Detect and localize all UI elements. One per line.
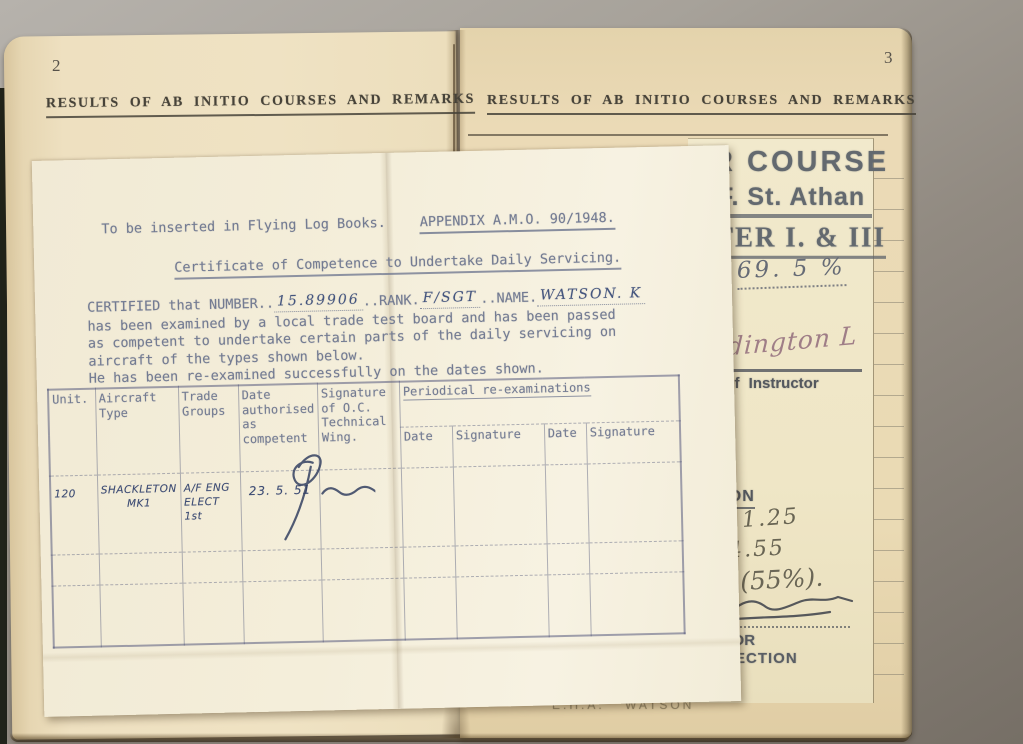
cell-trade-groups: A/F ENG ELECT 1st xyxy=(180,472,242,552)
handwritten-mark-1: 1.25 xyxy=(741,504,800,533)
appendix-reference: APPENDIX A.M.O. 90/1948. xyxy=(420,210,615,234)
cell-empty xyxy=(587,462,683,543)
logbook-scan: 2 RESULTS OF AB INITIO COURSES AND REMAR… xyxy=(0,0,1023,744)
certificate-body: CERTIFIED that NUMBER..15.89906..RANK.F/… xyxy=(87,287,647,388)
certified-label: CERTIFIED that NUMBER.. xyxy=(87,296,274,316)
page-header-left: RESULTS OF AB INITIO COURSES AND REMARKS xyxy=(46,92,475,118)
page-number-right: 3 xyxy=(884,48,893,68)
handwritten-score: 69. 5 % xyxy=(736,254,846,290)
page-number-left: 2 xyxy=(52,56,61,76)
name-label: ..NAME. xyxy=(480,290,537,307)
sub-header-signature-1: Signature xyxy=(452,424,545,467)
col-header-trade-groups: Trade Groups xyxy=(178,385,240,473)
course-stamp-line1: R COURSE xyxy=(712,146,889,179)
certificate-title: Certificate of Competence to Undertake D… xyxy=(174,250,621,280)
rank-value: F/SGT xyxy=(419,289,480,309)
cell-unit: 120 xyxy=(50,475,99,555)
table-row-empty xyxy=(52,572,684,648)
insert-note: To be inserted in Flying Log Books. xyxy=(101,215,386,237)
certificate-paper: To be inserted in Flying Log Books.APPEN… xyxy=(32,145,741,717)
sub-header-date-2: Date xyxy=(544,423,587,465)
insert-note-line: To be inserted in Flying Log Books.APPEN… xyxy=(101,210,615,238)
rank-label: ..RANK. xyxy=(363,292,420,309)
cell-empty xyxy=(453,465,547,546)
course-stamp-line2: F. St. Athan xyxy=(718,183,865,212)
stamp-underline-bar xyxy=(712,214,872,218)
cell-aircraft-type: SHACKLETON MK1 xyxy=(97,473,182,554)
name-value: WATSON. K xyxy=(537,285,646,306)
page-header-right: RESULTS OF AB INITIO COURSES AND REMARKS xyxy=(487,93,916,115)
sub-header-date-1: Date xyxy=(400,426,453,468)
col-header-aircraft-type: Aircraft Type xyxy=(95,387,180,475)
cell-empty xyxy=(545,464,589,544)
header-rule xyxy=(468,134,888,136)
col-header-unit: Unit. xyxy=(48,389,97,477)
table-signature-scrawl xyxy=(262,445,376,544)
col-header-periodical: Periodical re-examinations xyxy=(399,375,680,427)
book-bottom-edge xyxy=(10,733,910,742)
sub-header-signature-2: Signature xyxy=(586,421,681,464)
service-number-value: 15.89906 xyxy=(274,292,363,313)
cell-empty xyxy=(401,467,455,547)
